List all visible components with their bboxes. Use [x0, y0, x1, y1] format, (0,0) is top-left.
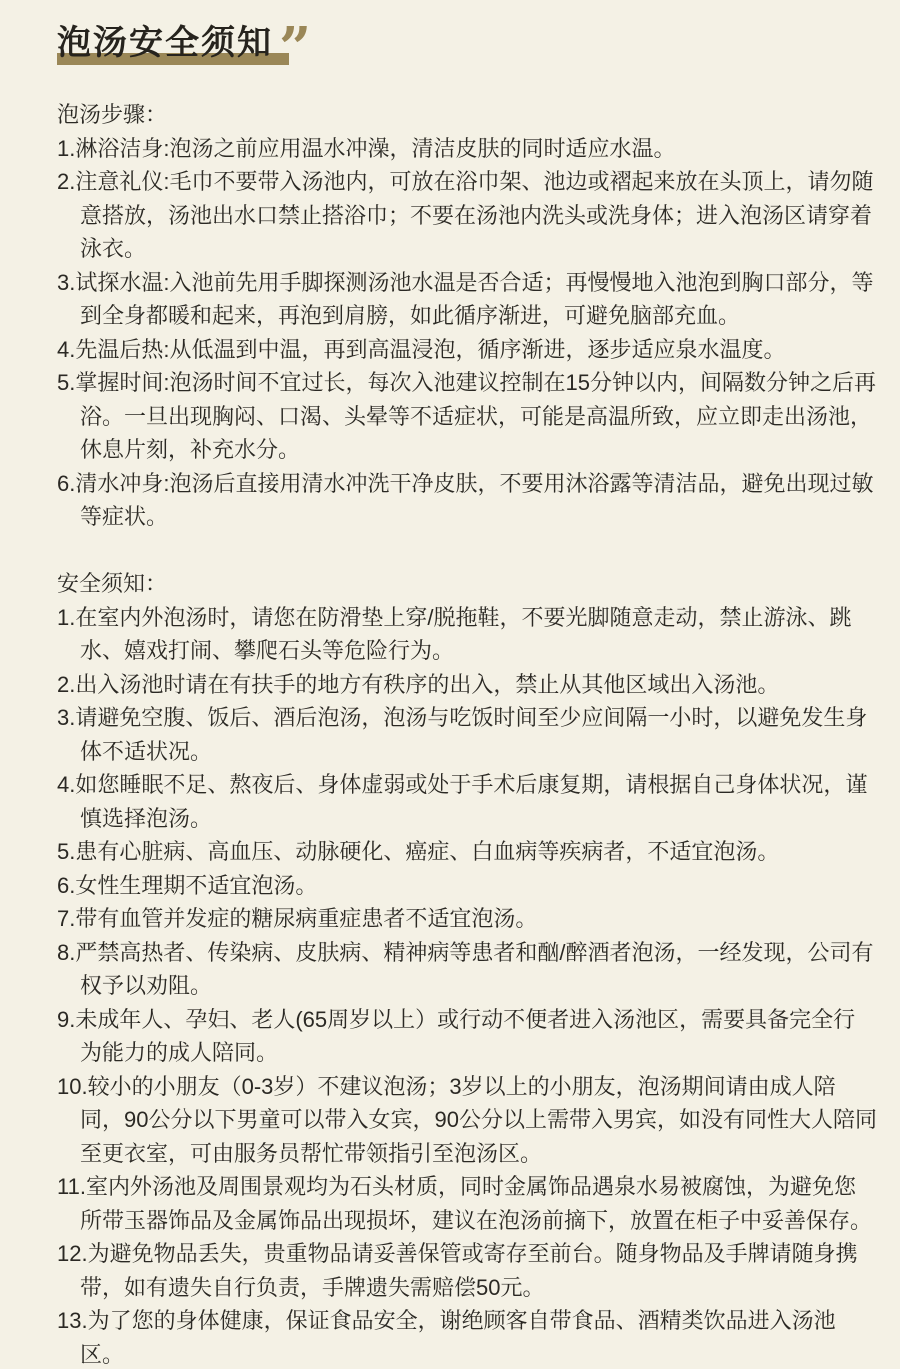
- item-number: 11.: [57, 1174, 86, 1199]
- item-number: 13.: [57, 1308, 88, 1333]
- list-item: 3.请避免空腹、饭后、酒后泡汤，泡汤与吃饭时间至少应间隔一小时，以避免发生身体不…: [57, 701, 877, 768]
- section-bathing-steps: 泡汤步骤： 1.淋浴洁身:泡汤之前应用温水冲澡，清洁皮肤的同时适应水温。 2.注…: [57, 98, 877, 534]
- item-text: 先温后热:从低温到中温，再到高温浸泡，循序渐进，逐步适应泉水温度。: [75, 337, 785, 362]
- list-item: 6.女性生理期不适宜泡汤。: [57, 869, 877, 903]
- item-number: 7.: [57, 906, 75, 931]
- item-text: 女性生理期不适宜泡汤。: [75, 873, 317, 898]
- list-item: 13.为了您的身体健康，保证食品安全，谢绝顾客自带食品、酒精类饮品进入汤池区。: [57, 1304, 877, 1369]
- item-text: 淋浴洁身:泡汤之前应用温水冲澡，清洁皮肤的同时适应水温。: [75, 136, 675, 161]
- list-item: 9.未成年人、孕妇、老人(65周岁以上）或行动不便者进入汤池区，需要具备完全行为…: [57, 1003, 877, 1070]
- page-title-row: 泡汤安全须知 ”: [57, 25, 877, 71]
- item-number: 5.: [57, 839, 75, 864]
- item-number: 3.: [57, 705, 75, 730]
- item-text: 为了您的身体健康，保证食品安全，谢绝顾客自带食品、酒精类饮品进入汤池区。: [80, 1308, 836, 1367]
- item-text: 清水冲身:泡汤后直接用清水冲洗干净皮肤，不要用沐浴露等清洁品，避免出现过敏等症状…: [75, 471, 873, 530]
- section-heading: 泡汤步骤：: [57, 98, 877, 132]
- item-text: 注意礼仪:毛巾不要带入汤池内，可放在浴巾架、池边或褶起来放在头顶上，请勿随意搭放…: [75, 169, 873, 261]
- item-number: 10.: [57, 1074, 88, 1099]
- list-item: 7.带有血管并发症的糖尿病重症患者不适宜泡汤。: [57, 902, 877, 936]
- item-number: 12.: [57, 1241, 88, 1266]
- item-text: 未成年人、孕妇、老人(65周岁以上）或行动不便者进入汤池区，需要具备完全行为能力…: [75, 1007, 855, 1066]
- list-item: 5.患有心脏病、高血压、动脉硬化、癌症、白血病等疾病者，不适宜泡汤。: [57, 835, 877, 869]
- page-title: 泡汤安全须知: [57, 25, 273, 61]
- list-item: 3.试探水温:入池前先用手脚探测汤池水温是否合适；再慢慢地入池泡到胸口部分，等到…: [57, 266, 877, 333]
- item-number: 2.: [57, 672, 75, 697]
- item-text: 在室内外泡汤时，请您在防滑垫上穿/脱拖鞋，不要光脚随意走动，禁止游泳、跳水、嬉戏…: [75, 605, 851, 664]
- section-safety-notice: 安全须知： 1.在室内外泡汤时，请您在防滑垫上穿/脱拖鞋，不要光脚随意走动，禁止…: [57, 567, 877, 1369]
- list-item: 8.严禁高热者、传染病、皮肤病、精神病等患者和酗/醉酒者泡汤，一经发现，公司有权…: [57, 936, 877, 1003]
- item-number: 4.: [57, 337, 75, 362]
- item-number: 6.: [57, 873, 75, 898]
- item-number: 3.: [57, 270, 75, 295]
- item-text: 掌握时间:泡汤时间不宜过长，每次入池建议控制在15分钟以内，间隔数分钟之后再浴。…: [75, 370, 876, 462]
- list-item: 11.室内外汤池及周围景观均为石头材质，同时金属饰品遇泉水易被腐蚀，为避免您所带…: [57, 1170, 877, 1237]
- item-number: 8.: [57, 940, 75, 965]
- list-item: 1.在室内外泡汤时，请您在防滑垫上穿/脱拖鞋，不要光脚随意走动，禁止游泳、跳水、…: [57, 601, 877, 668]
- item-text: 出入汤池时请在有扶手的地方有秩序的出入，禁止从其他区域出入汤池。: [75, 672, 779, 697]
- item-number: 5.: [57, 370, 75, 395]
- page-title-text: 泡汤安全须知: [57, 24, 273, 62]
- list-item: 4.如您睡眠不足、熬夜后、身体虚弱或处于手术后康复期，请根据自己身体状况，谨慎选…: [57, 768, 877, 835]
- list-item: 10.较小的小朋友（0-3岁）不建议泡汤；3岁以上的小朋友，泡汤期间请由成人陪同…: [57, 1070, 877, 1171]
- item-text: 带有血管并发症的糖尿病重症患者不适宜泡汤。: [75, 906, 537, 931]
- item-text: 试探水温:入池前先用手脚探测汤池水温是否合适；再慢慢地入池泡到胸口部分，等到全身…: [75, 270, 873, 329]
- notice-page: 泡汤安全须知 ” 泡汤步骤： 1.淋浴洁身:泡汤之前应用温水冲澡，清洁皮肤的同时…: [0, 0, 900, 1369]
- item-number: 4.: [57, 772, 75, 797]
- list-item: 1.淋浴洁身:泡汤之前应用温水冲澡，清洁皮肤的同时适应水温。: [57, 132, 877, 166]
- item-number: 1.: [57, 605, 75, 630]
- item-number: 1.: [57, 136, 75, 161]
- list-item: 2.出入汤池时请在有扶手的地方有秩序的出入，禁止从其他区域出入汤池。: [57, 668, 877, 702]
- list-item: 2.注意礼仪:毛巾不要带入汤池内，可放在浴巾架、池边或褶起来放在头顶上，请勿随意…: [57, 165, 877, 266]
- item-text: 请避免空腹、饭后、酒后泡汤，泡汤与吃饭时间至少应间隔一小时，以避免发生身体不适状…: [75, 705, 867, 764]
- section-heading: 安全须知：: [57, 567, 877, 601]
- item-text: 严禁高热者、传染病、皮肤病、精神病等患者和酗/醉酒者泡汤，一经发现，公司有权予以…: [75, 940, 873, 999]
- item-text: 室内外汤池及周围景观均为石头材质，同时金属饰品遇泉水易被腐蚀，为避免您所带玉器饰…: [80, 1174, 872, 1233]
- item-number: 2.: [57, 169, 75, 194]
- list-item: 5.掌握时间:泡汤时间不宜过长，每次入池建议控制在15分钟以内，间隔数分钟之后再…: [57, 366, 877, 467]
- item-number: 9.: [57, 1007, 75, 1032]
- item-text: 较小的小朋友（0-3岁）不建议泡汤；3岁以上的小朋友，泡汤期间请由成人陪同，90…: [80, 1074, 877, 1166]
- item-text: 如您睡眠不足、熬夜后、身体虚弱或处于手术后康复期，请根据自己身体状况，谨慎选择泡…: [75, 772, 867, 831]
- item-number: 6.: [57, 471, 75, 496]
- list-item: 12.为避免物品丢失，贵重物品请妥善保管或寄存至前台。随身物品及手牌请随身携带，…: [57, 1237, 877, 1304]
- section-items: 1.淋浴洁身:泡汤之前应用温水冲澡，清洁皮肤的同时适应水温。 2.注意礼仪:毛巾…: [57, 132, 877, 534]
- list-item: 6.清水冲身:泡汤后直接用清水冲洗干净皮肤，不要用沐浴露等清洁品，避免出现过敏等…: [57, 467, 877, 534]
- list-item: 4.先温后热:从低温到中温，再到高温浸泡，循序渐进，逐步适应泉水温度。: [57, 333, 877, 367]
- section-items: 1.在室内外泡汤时，请您在防滑垫上穿/脱拖鞋，不要光脚随意走动，禁止游泳、跳水、…: [57, 601, 877, 1369]
- item-text: 患有心脏病、高血压、动脉硬化、癌症、白血病等疾病者，不适宜泡汤。: [75, 839, 779, 864]
- item-text: 为避免物品丢失，贵重物品请妥善保管或寄存至前台。随身物品及手牌请随身携带，如有遗…: [80, 1241, 858, 1300]
